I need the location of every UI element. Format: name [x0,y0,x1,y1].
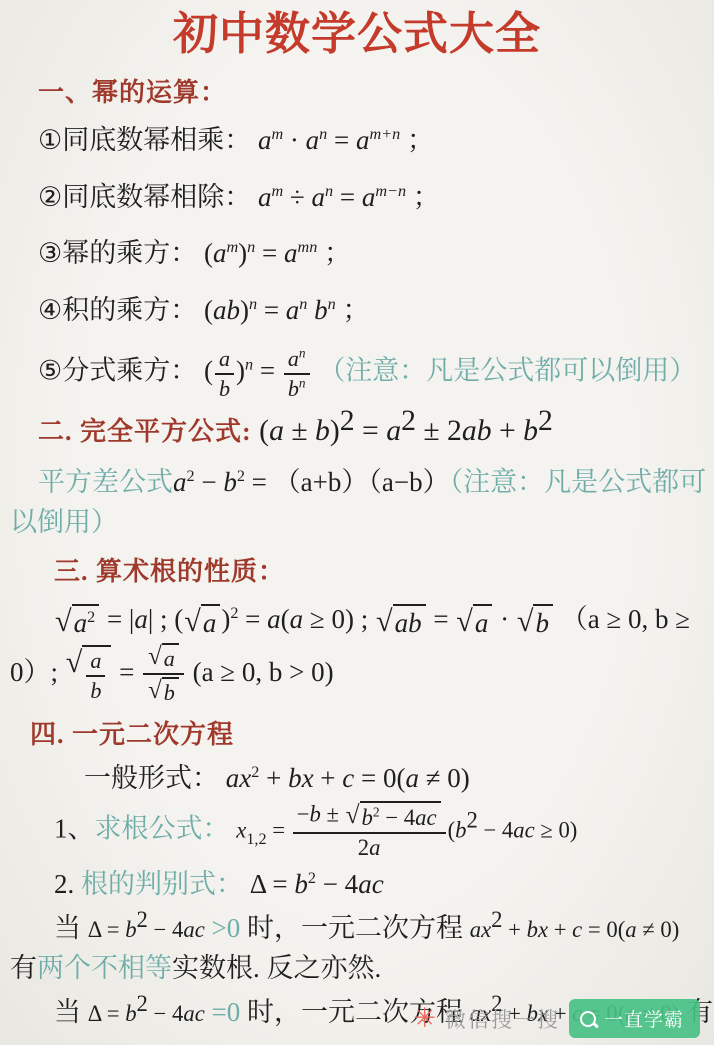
formula-power-of-product: ④积的乘方： (ab)n = an bn ； [8,290,706,331]
magnifier-icon [580,1011,596,1027]
discriminant-positive-case: 当 Δ = b2 − 4ac >0 时，一元二次方程 ax2 + bx + c … [8,908,706,949]
formula-sheet: 初中数学公式大全 一、幂的运算：①同底数幂相乘： am · an = am+n … [0,0,714,1045]
page-title: 初中数学公式大全 [0,8,714,60]
formula-sqrt-properties-2: 0）; √ab = √a√b (a ≥ 0, b > 0) [8,643,706,706]
formula-quadratic-roots: 1、求根公式： x1,2 = −b ± √b2 − 4ac2a(b2 − 4ac… [8,801,706,861]
brand-badge-label: 一直学霸 [604,1005,684,1032]
formula-power-of-power: ③幂的乘方： (am)n = amn ； [8,233,706,274]
wechat-spark-icon: ✳ [413,1005,436,1032]
formula-quadratic-general-form: 一般形式： ax2 + bx + c = 0(a ≠ 0) [8,758,706,799]
section-3-heading: 三. 算术根的性质： [8,551,706,592]
formula-discriminant: 2. 根的判别式： Δ = b2 − 4ac [8,864,706,905]
section-4-heading: 四. 一元二次方程 [8,714,706,755]
discriminant-positive-case-cont: 有两个不相等实数根. 反之亦然. [8,948,706,989]
section-2-heading-perfect-square: 二. 完全平方公式: (a ± b)2 = a2 ± 2ab + b2 [8,409,706,454]
formula-same-base-multiply: ①同底数幂相乘： am · an = am+n ； [8,120,706,161]
formula-power-of-fraction: ⑤分式乘方： (ab)n = anbn （注意：凡是公式都可以倒用） [8,346,706,401]
section-1-heading: 一、幂的运算： [8,72,706,113]
brand-badge: 一直学霸 [569,999,700,1038]
watermark-search-label: 微信搜一搜 [445,1004,560,1034]
watermark: ✳ 微信搜一搜 一直学霸 [413,999,700,1038]
document-lines: 一、幂的运算：①同底数幂相乘： am · an = am+n ；②同底数幂相除：… [0,72,714,1033]
formula-same-base-divide: ②同底数幂相除： am ÷ an = am−n ； [8,177,706,218]
formula-sqrt-properties-1: √a2 = |a| ; (√a)2 = a(a ≥ 0) ; √ab = √a … [8,599,706,640]
formula-difference-of-squares-cont: 以倒用） [8,502,706,543]
formula-difference-of-squares: 平方差公式a2 − b2 = （a+b）（a−b）（注意：凡是公式都可 [8,462,706,503]
